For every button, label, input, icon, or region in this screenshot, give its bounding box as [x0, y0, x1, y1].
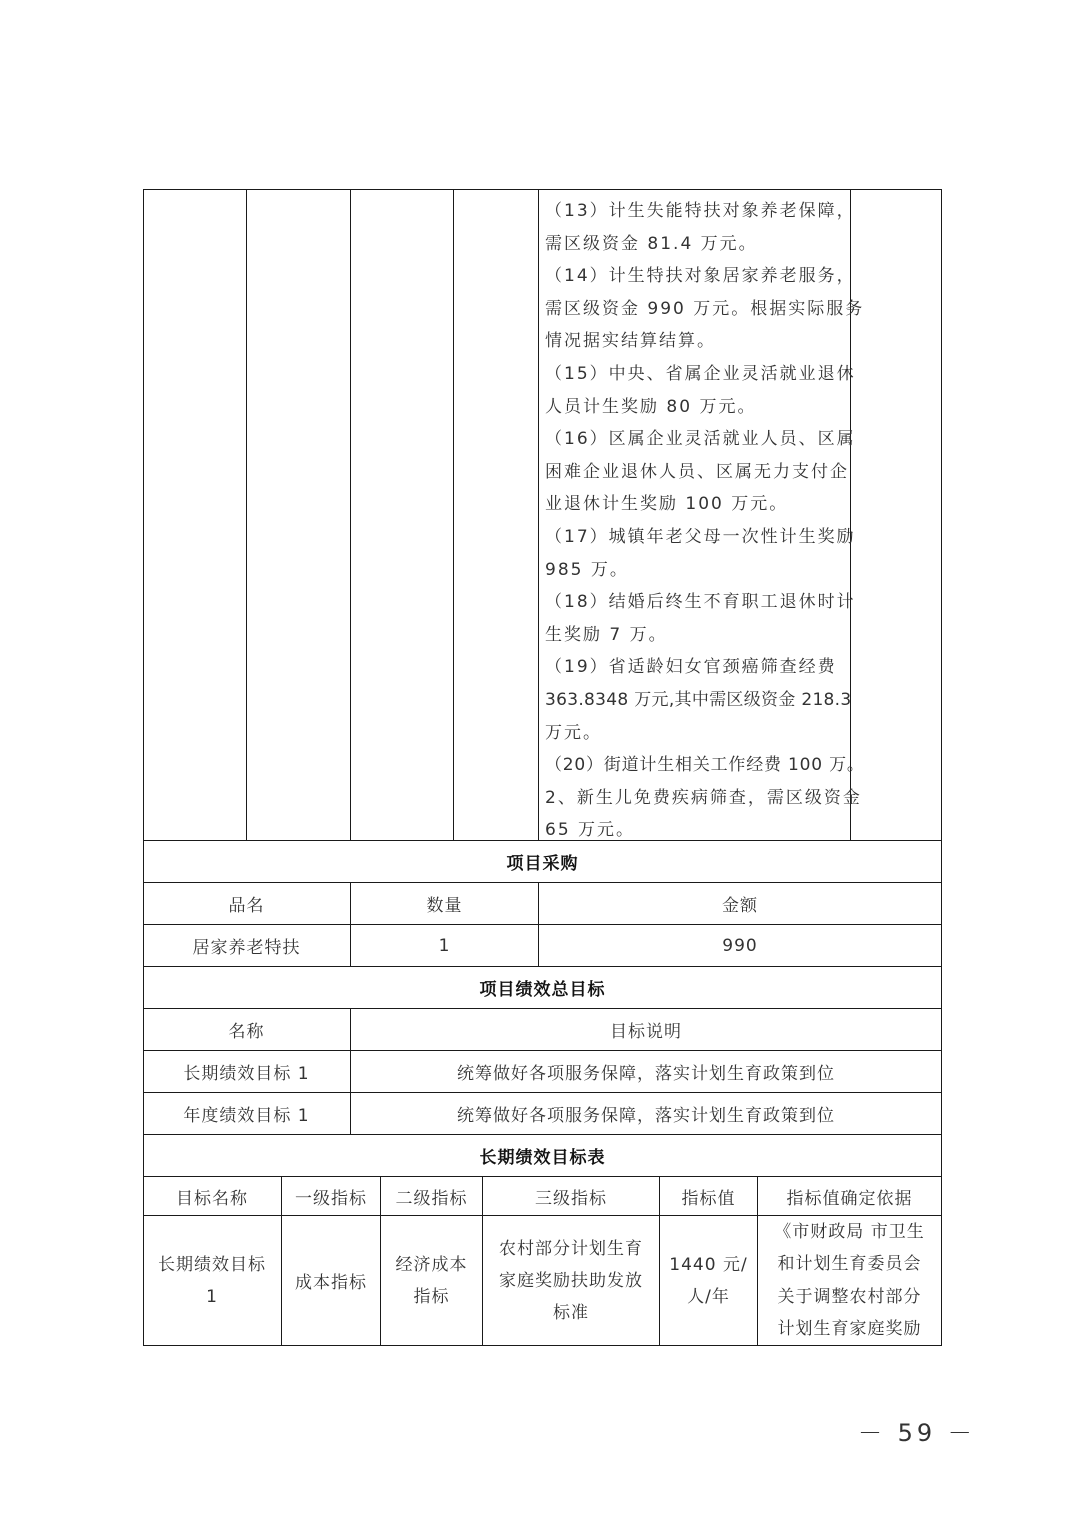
text-line: （17）城镇年老父母一次性计生奖励: [545, 521, 850, 554]
lt-cell-level2: 经济成本 指标: [381, 1216, 482, 1345]
page-number: － 59 －: [858, 1413, 976, 1448]
text-line: （18）结婚后终生不育职工退休时计: [545, 586, 850, 619]
text-line: 985 万。: [545, 554, 850, 587]
lt-cell-level1: 成本指标: [282, 1216, 380, 1345]
text-line: 2、新生儿免费疾病筛查，需区级资金: [545, 782, 850, 815]
goals-row-name: 年度绩效目标 1: [143, 1093, 350, 1134]
lt-cell-value: 1440 元/ 人/年: [660, 1216, 757, 1345]
text-line: 指标: [414, 1281, 450, 1313]
procurement-cell-amount: 990: [539, 925, 941, 966]
procurement-header-amount: 金额: [539, 883, 941, 924]
lt-header-level2: 二级指标: [381, 1177, 482, 1215]
budget-detail-text: （13）计生失能特扶对象养老保障， 需区级资金 81.4 万元。 （14）计生特…: [545, 195, 850, 847]
procurement-header-name: 品名: [143, 883, 350, 924]
col-sep: [850, 189, 851, 841]
lt-header-level3: 三级指标: [483, 1177, 659, 1215]
col-sep: [538, 189, 539, 841]
procurement-cell-name: 居家养老特扶: [143, 925, 350, 966]
text-line: （14）计生特扶对象居家养老服务，: [545, 260, 850, 293]
text-line: 农村部分计划生育: [499, 1233, 643, 1265]
text-line: 1: [206, 1281, 218, 1313]
col-sep: [453, 189, 454, 841]
text-line: 标准: [553, 1297, 589, 1329]
text-line: （20）街道计生相关工作经费 100 万。: [545, 749, 850, 782]
text-line: 需区级资金 81.4 万元。: [545, 228, 850, 261]
table-border-top: [143, 189, 942, 190]
lt-header-value: 指标值: [660, 1177, 757, 1215]
goals-row-desc: 统筹做好各项服务保障，落实计划生育政策到位: [351, 1093, 941, 1134]
text-line: 需区级资金 990 万元。根据实际服务: [545, 293, 850, 326]
text-line: （16）区属企业灵活就业人员、区属: [545, 423, 850, 456]
text-line: 关于调整农村部分: [778, 1281, 922, 1314]
goals-header-desc: 目标说明: [351, 1009, 941, 1050]
text-line: 万元。: [545, 717, 850, 750]
lt-cell-level3: 农村部分计划生育 家庭奖励扶助发放 标准: [483, 1216, 659, 1345]
text-line: 人员计生奖励 80 万元。: [545, 391, 850, 424]
col-sep: [246, 189, 247, 841]
procurement-cell-qty: 1: [351, 925, 538, 966]
overall-goals-title: 项目绩效总目标: [143, 967, 942, 1008]
goals-row-name: 长期绩效目标 1: [143, 1051, 350, 1092]
text-line: 经济成本: [396, 1249, 468, 1281]
text-line: 困难企业退休人员、区属无力支付企: [545, 456, 850, 489]
procurement-title: 项目采购: [143, 841, 942, 882]
lt-cell-name: 长期绩效目标 1: [143, 1216, 281, 1345]
text-line: 生奖励 7 万。: [545, 619, 850, 652]
text-line: 和计划生育委员会: [778, 1248, 922, 1281]
goals-row-desc: 统筹做好各项服务保障，落实计划生育政策到位: [351, 1051, 941, 1092]
lt-header-basis: 指标值确定依据: [758, 1177, 941, 1215]
goals-header-name: 名称: [143, 1009, 350, 1050]
text-line: （19）省适龄妇女官颈癌筛查经费: [545, 651, 850, 684]
text-line: 业退休计生奖励 100 万元。: [545, 488, 850, 521]
procurement-header-qty: 数量: [351, 883, 538, 924]
lt-header-name: 目标名称: [143, 1177, 281, 1215]
text-line: （15）中央、省属企业灵活就业退休: [545, 358, 850, 391]
text-line: 长期绩效目标: [158, 1249, 266, 1281]
text-line: 《市财政局 市卫生: [774, 1216, 924, 1249]
text-line: 人/年: [687, 1281, 730, 1313]
text-line: （13）计生失能特扶对象养老保障，: [545, 195, 850, 228]
text-line: 计划生育家庭奖励: [778, 1313, 922, 1346]
long-term-table-title: 长期绩效目标表: [143, 1135, 942, 1176]
text-line: 363.8348 万元,其中需区级资金 218.3: [545, 684, 850, 717]
text-line: 情况据实结算结算。: [545, 325, 850, 358]
lt-header-level1: 一级指标: [282, 1177, 380, 1215]
text-line: 家庭奖励扶助发放: [499, 1265, 643, 1297]
text-line: 1440 元/: [669, 1249, 747, 1281]
col-sep: [350, 189, 351, 841]
lt-cell-basis: 《市财政局 市卫生 和计划生育委员会 关于调整农村部分 计划生育家庭奖励: [758, 1216, 941, 1345]
